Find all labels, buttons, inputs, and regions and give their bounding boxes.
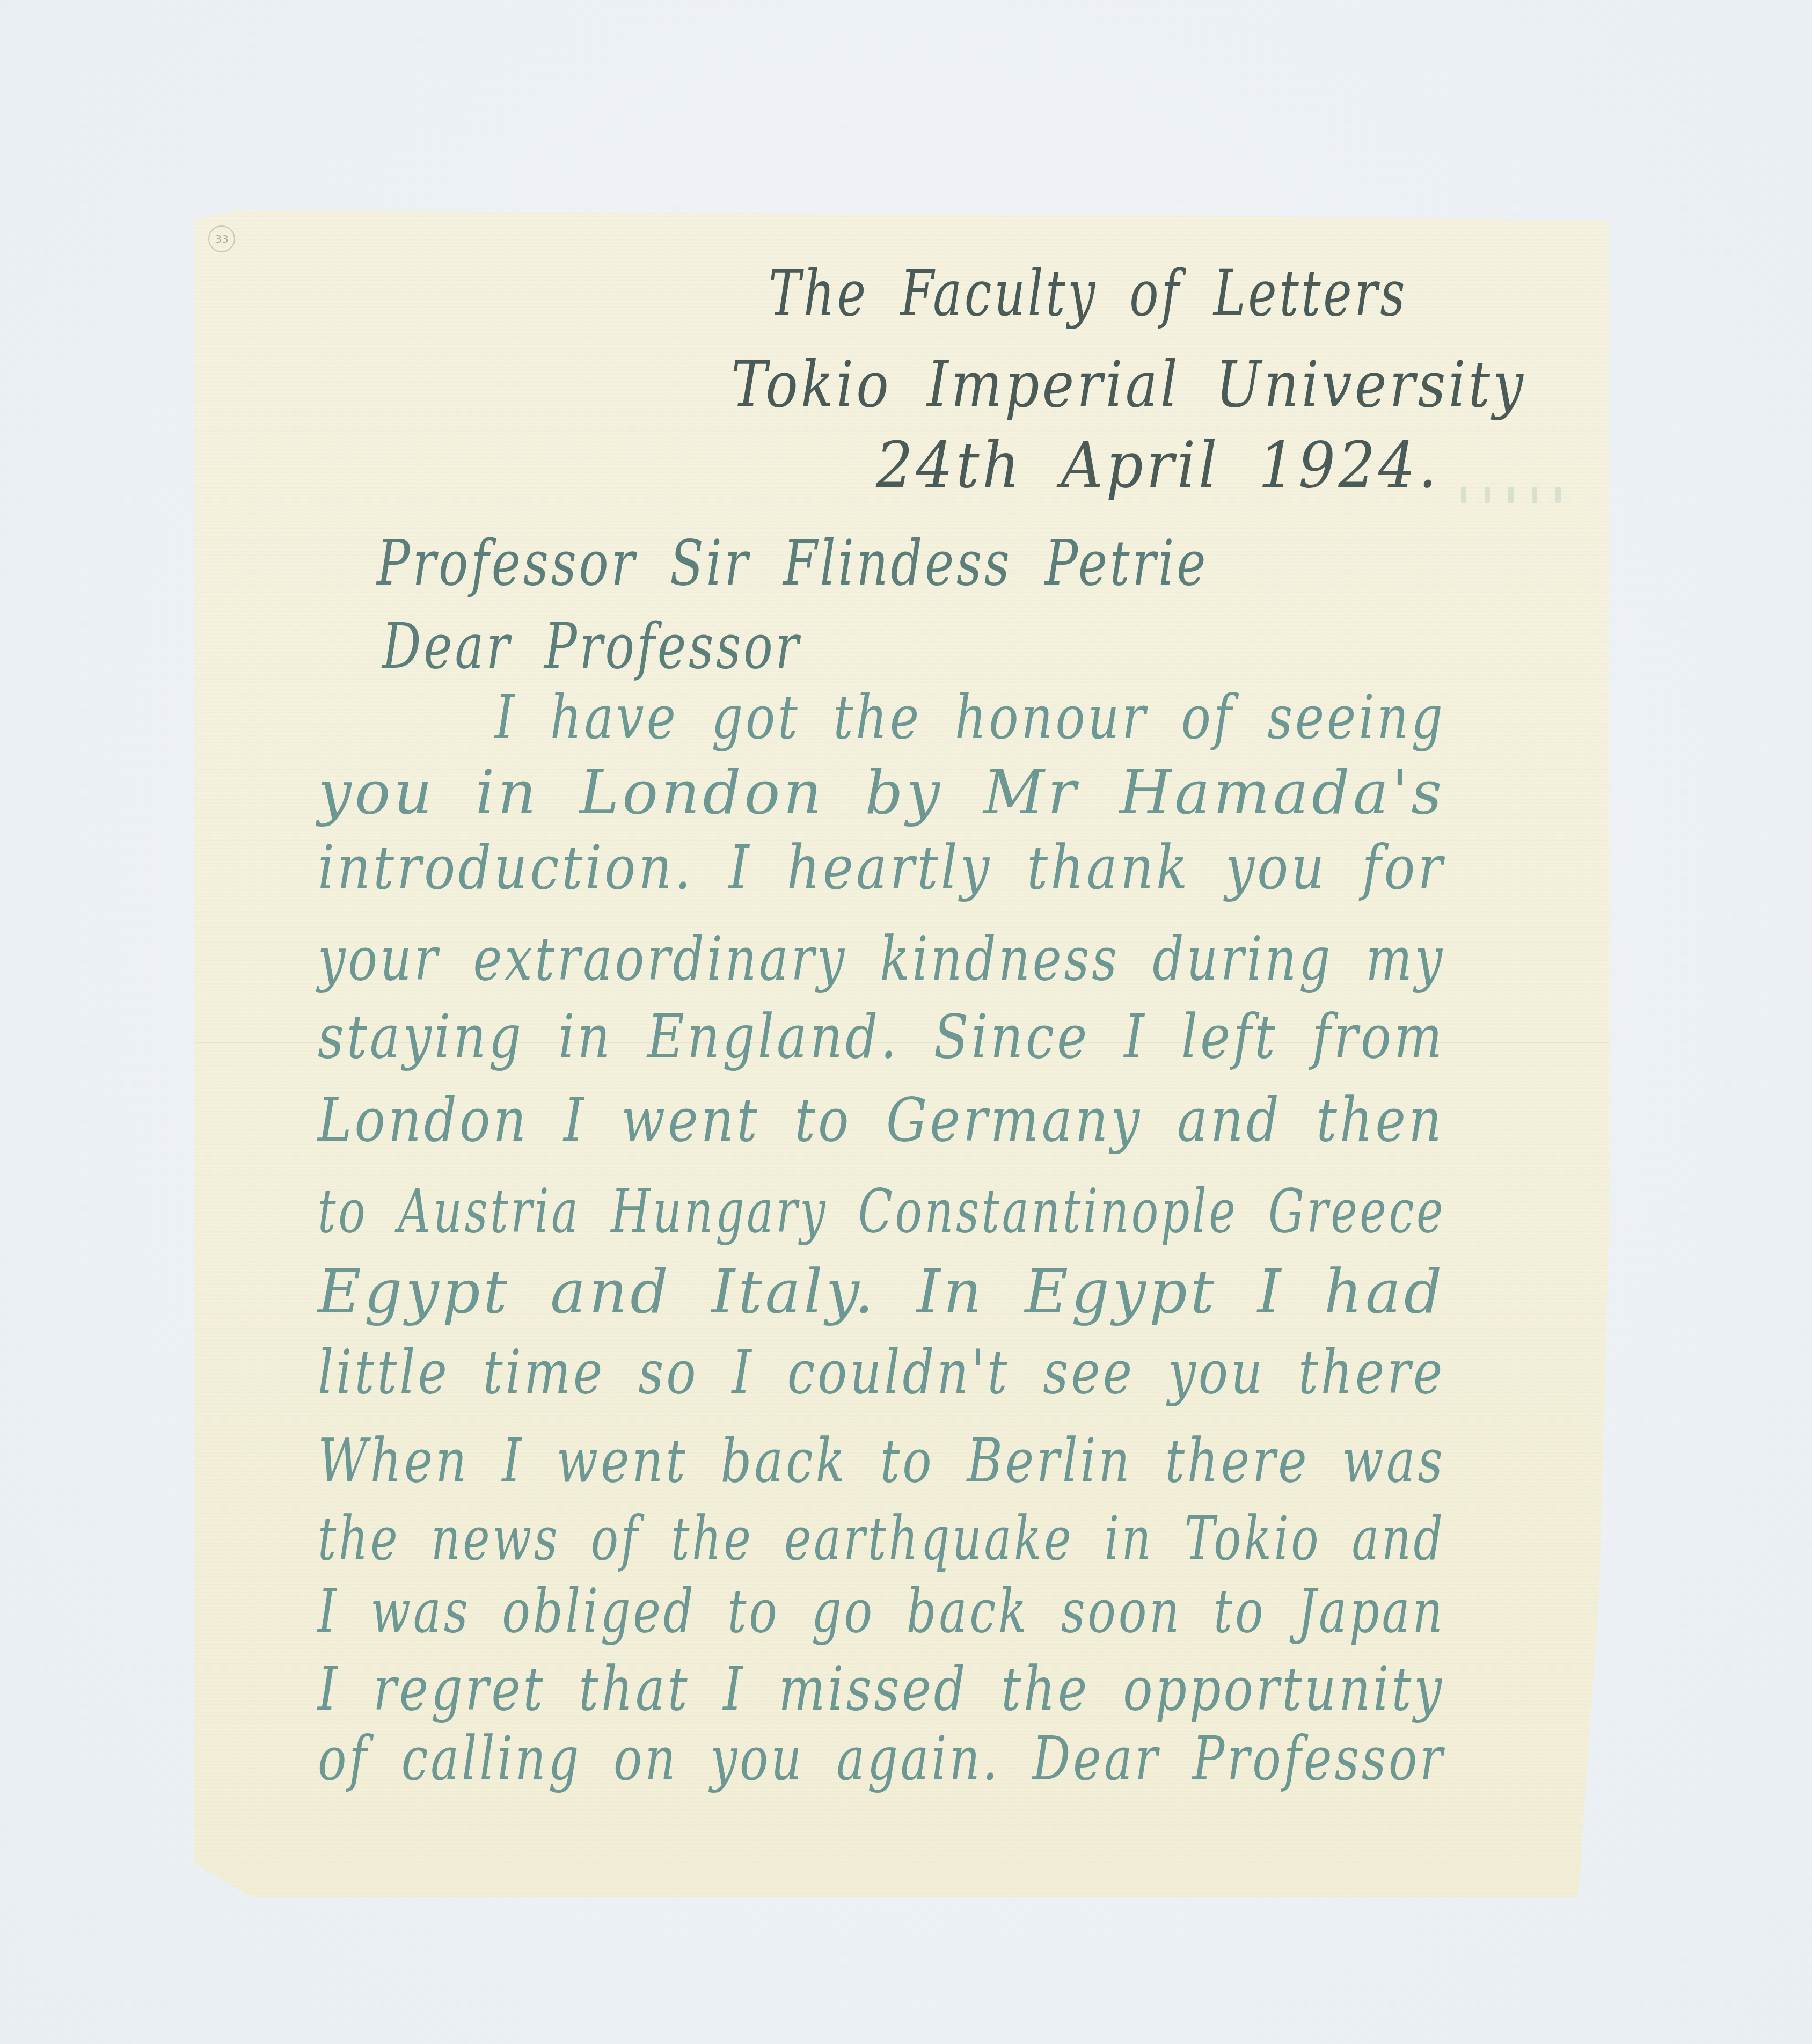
body-line: you in London by Mr Hamada's [318, 758, 1445, 828]
body-line: the news of the earthquake in Tokio and [318, 1504, 1445, 1574]
body-line: I was obliged to go back soon to Japan [318, 1576, 1445, 1646]
body-line: I have got the honour of seeing [495, 683, 1445, 753]
letter-date: 24th April 1924. [876, 428, 1440, 502]
body-line: staying in England. Since I left from [318, 1002, 1445, 1072]
letter-page: 33 The Faculty of Letters Tokio Imperial… [194, 210, 1609, 1897]
body-line: I regret that I missed the opportunity [318, 1654, 1444, 1724]
body-line: When I went back to Berlin there was [318, 1426, 1445, 1496]
recipient-line: Professor Sir Flindess Petrie [377, 527, 1208, 600]
body-line: of calling on you again. Dear Professor [318, 1724, 1445, 1794]
folio-number-circle: 33 [208, 225, 235, 252]
body-line: Egypt and Italy. In Egypt I had [318, 1257, 1445, 1327]
letterhead-university: Tokio Imperial University [731, 347, 1526, 421]
salutation: Dear Professor [382, 610, 801, 683]
letterhead-faculty: The Faculty of Letters [769, 256, 1407, 330]
show-through-stamp-mark [1461, 487, 1584, 508]
body-line: your extraordinary kindness during my [318, 924, 1445, 994]
body-line: introduction. I heartly thank you for [318, 833, 1445, 903]
body-line: to Austria Hungary Constantinople Greece [318, 1177, 1445, 1246]
body-line: London I went to Germany and then [318, 1085, 1444, 1155]
body-line: little time so I couldn't see you there [318, 1338, 1445, 1407]
